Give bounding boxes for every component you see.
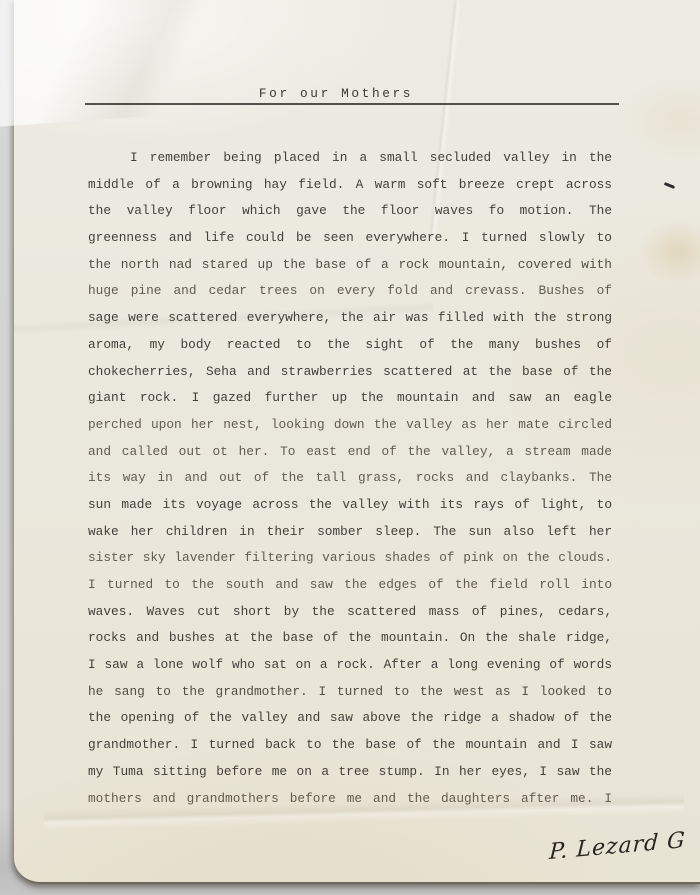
text-line: grandmother. I turned back to the base o… [88,732,612,759]
paper-fold-crease [0,0,319,127]
text-line: aroma, my body reacted to the sight of t… [88,332,612,359]
text-line: huge pine and cedar trees on every fold … [88,278,612,305]
text-line: sage were scattered everywhere, the air … [88,305,612,332]
text-line: waves. Waves cut short by the scattered … [88,599,612,626]
text-line: middle of a browning hay field. A warm s… [88,172,612,199]
text-line: wake her children in their somber sleep.… [88,519,612,546]
text-line: he sang to the grandmother. I turned to … [88,679,612,706]
text-line: greenness and life could be seen everywh… [88,225,612,252]
text-line: the north nad stared up the base of a ro… [88,252,612,279]
text-line: my Tuma sitting before me on a tree stum… [88,759,612,786]
body-text: I remember being placed in a small seclu… [88,145,612,812]
text-line: sun made its voyage across the valley wi… [88,492,612,519]
text-line: chokecherries, Seha and strawberries sca… [88,359,612,386]
text-line: giant rock. I gazed further up the mount… [88,385,612,412]
text-line: I remember being placed in a small seclu… [88,145,612,172]
text-line: mothers and grandmothers before me and t… [88,786,612,813]
handwritten-signature: P. Lezard G [549,828,687,865]
text-line: I saw a lone wolf who sat on a rock. Aft… [88,652,612,679]
text-line: its way in and out of the tall grass, ro… [88,465,612,492]
text-line: the valley floor which gave the floor wa… [88,198,612,225]
text-line: perched upon her nest, looking down the … [88,412,612,439]
scanned-document-background: For our Mothers I remember being placed … [0,0,700,895]
title-underline: For our Mothers [85,84,619,105]
document-title: For our Mothers [259,86,413,101]
text-line: and called out ot her. To east end of th… [88,439,612,466]
pen-tick-mark [664,182,675,189]
text-line: the opening of the valley and saw above … [88,705,612,732]
text-line: rocks and bushes at the base of the moun… [88,625,612,652]
text-line: I turned to the south and saw the edges … [88,572,612,599]
text-line: sister sky lavender filtering various sh… [88,545,612,572]
paper-page: For our Mothers I remember being placed … [14,0,700,884]
